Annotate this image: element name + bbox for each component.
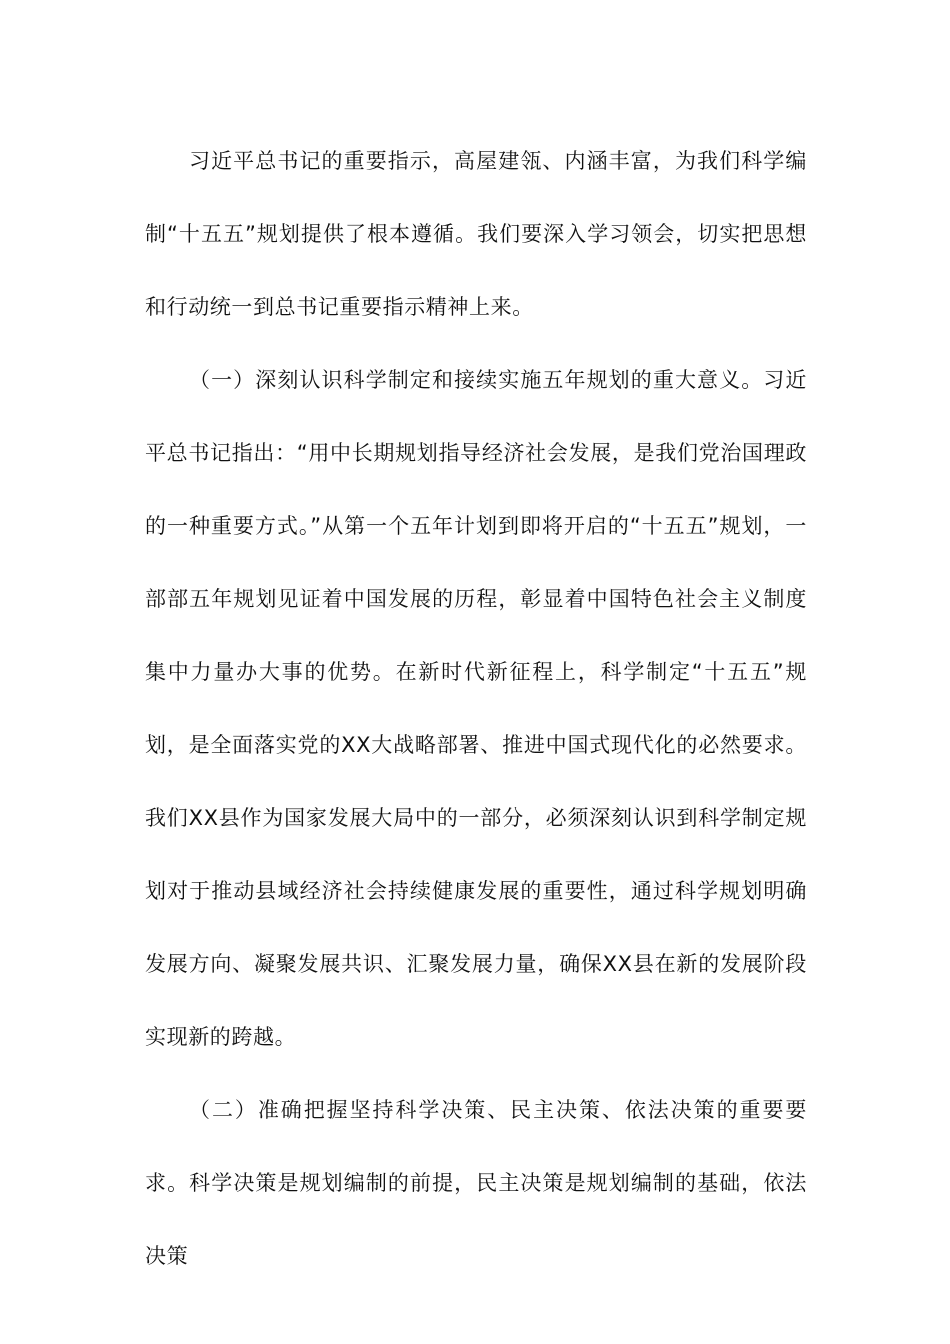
paragraph-intro: 习近平总书记的重要指示，高屋建瓴、内涵丰富，为我们科学编制“十五五”规划提供了根… bbox=[145, 125, 807, 344]
document-body: 习近平总书记的重要指示，高屋建瓴、内涵丰富，为我们科学编制“十五五”规划提供了根… bbox=[145, 125, 807, 1293]
document-page: 习近平总书记的重要指示，高屋建瓴、内涵丰富，为我们科学编制“十五五”规划提供了根… bbox=[0, 0, 950, 1344]
paragraph-section-two: （二）准确把握坚持科学决策、民主决策、依法决策的重要要求。科学决策是规划编制的前… bbox=[145, 1074, 807, 1293]
paragraph-section-one: （一）深刻认识科学制定和接续实施五年规划的重大意义。习近平总书记指出：“用中长期… bbox=[145, 344, 807, 1074]
